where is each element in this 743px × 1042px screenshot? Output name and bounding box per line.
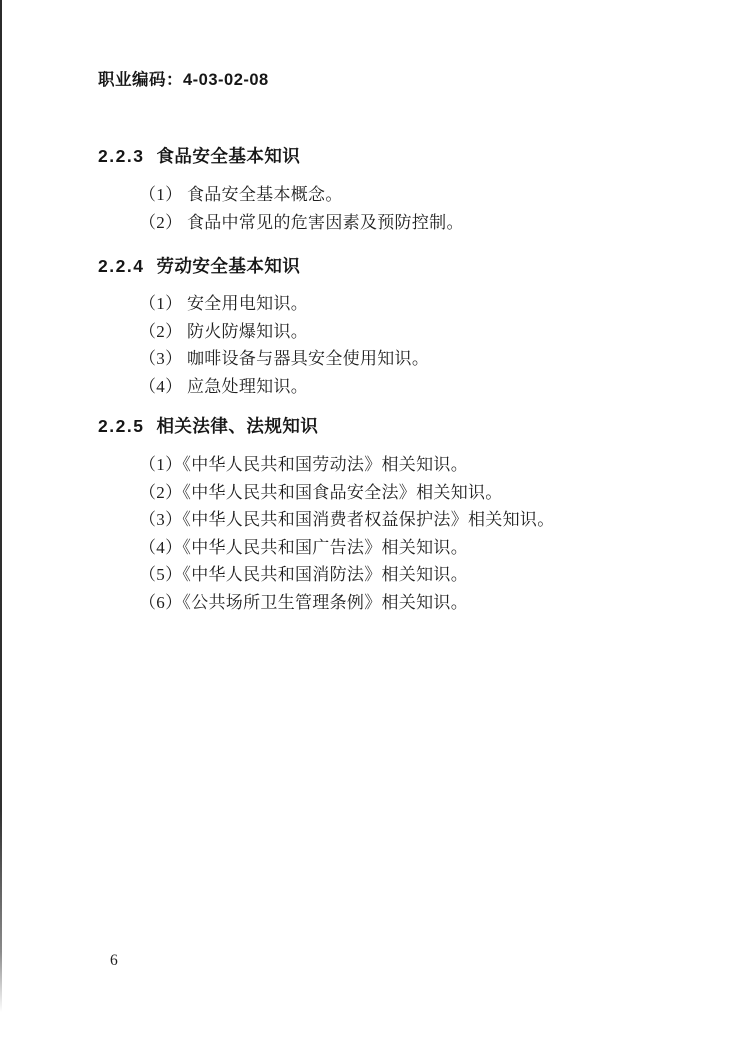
section-number: 2.2.3 xyxy=(98,146,144,166)
section-heading-2-2-4: 2.2.4劳动安全基本知识 xyxy=(98,253,300,278)
section-number: 2.2.4 xyxy=(98,256,144,276)
section-heading-2-2-3: 2.2.3食品安全基本知识 xyxy=(98,143,300,168)
list-item: （2）《中华人民共和国食品安全法》相关知识。 xyxy=(139,479,555,507)
list-item: （3） 咖啡设备与器具安全使用知识。 xyxy=(139,345,429,373)
list-item: （2） 防火防爆知识。 xyxy=(139,318,429,346)
list-item: （1）《中华人民共和国劳动法》相关知识。 xyxy=(139,451,555,479)
scan-edge-line xyxy=(0,0,2,1012)
section-title: 相关法律、法规知识 xyxy=(156,416,318,436)
occupation-code: 职业编码：4-03-02-08 xyxy=(98,66,269,90)
list-item: （3）《中华人民共和国消费者权益保护法》相关知识。 xyxy=(139,506,555,534)
section-2-2-4-items: （1） 安全用电知识。 （2） 防火防爆知识。 （3） 咖啡设备与器具安全使用知… xyxy=(139,290,429,400)
page-number: 6 xyxy=(110,952,118,970)
list-item: （4） 应急处理知识。 xyxy=(139,373,429,401)
section-title: 劳动安全基本知识 xyxy=(156,256,300,276)
section-number: 2.2.5 xyxy=(98,416,144,436)
list-item: （4）《中华人民共和国广告法》相关知识。 xyxy=(139,534,555,562)
section-title: 食品安全基本知识 xyxy=(156,146,300,166)
list-item: （1） 食品安全基本概念。 xyxy=(139,181,464,209)
list-item: （6）《公共场所卫生管理条例》相关知识。 xyxy=(139,589,555,617)
section-2-2-5-items: （1）《中华人民共和国劳动法》相关知识。 （2）《中华人民共和国食品安全法》相关… xyxy=(139,451,555,616)
section-2-2-3-items: （1） 食品安全基本概念。 （2） 食品中常见的危害因素及预防控制。 xyxy=(139,181,464,236)
list-item: （5）《中华人民共和国消防法》相关知识。 xyxy=(139,561,555,589)
document-page: 职业编码：4-03-02-08 2.2.3食品安全基本知识 （1） 食品安全基本… xyxy=(0,0,743,1042)
list-item: （2） 食品中常见的危害因素及预防控制。 xyxy=(139,209,464,237)
section-heading-2-2-5: 2.2.5相关法律、法规知识 xyxy=(98,413,318,438)
list-item: （1） 安全用电知识。 xyxy=(139,290,429,318)
